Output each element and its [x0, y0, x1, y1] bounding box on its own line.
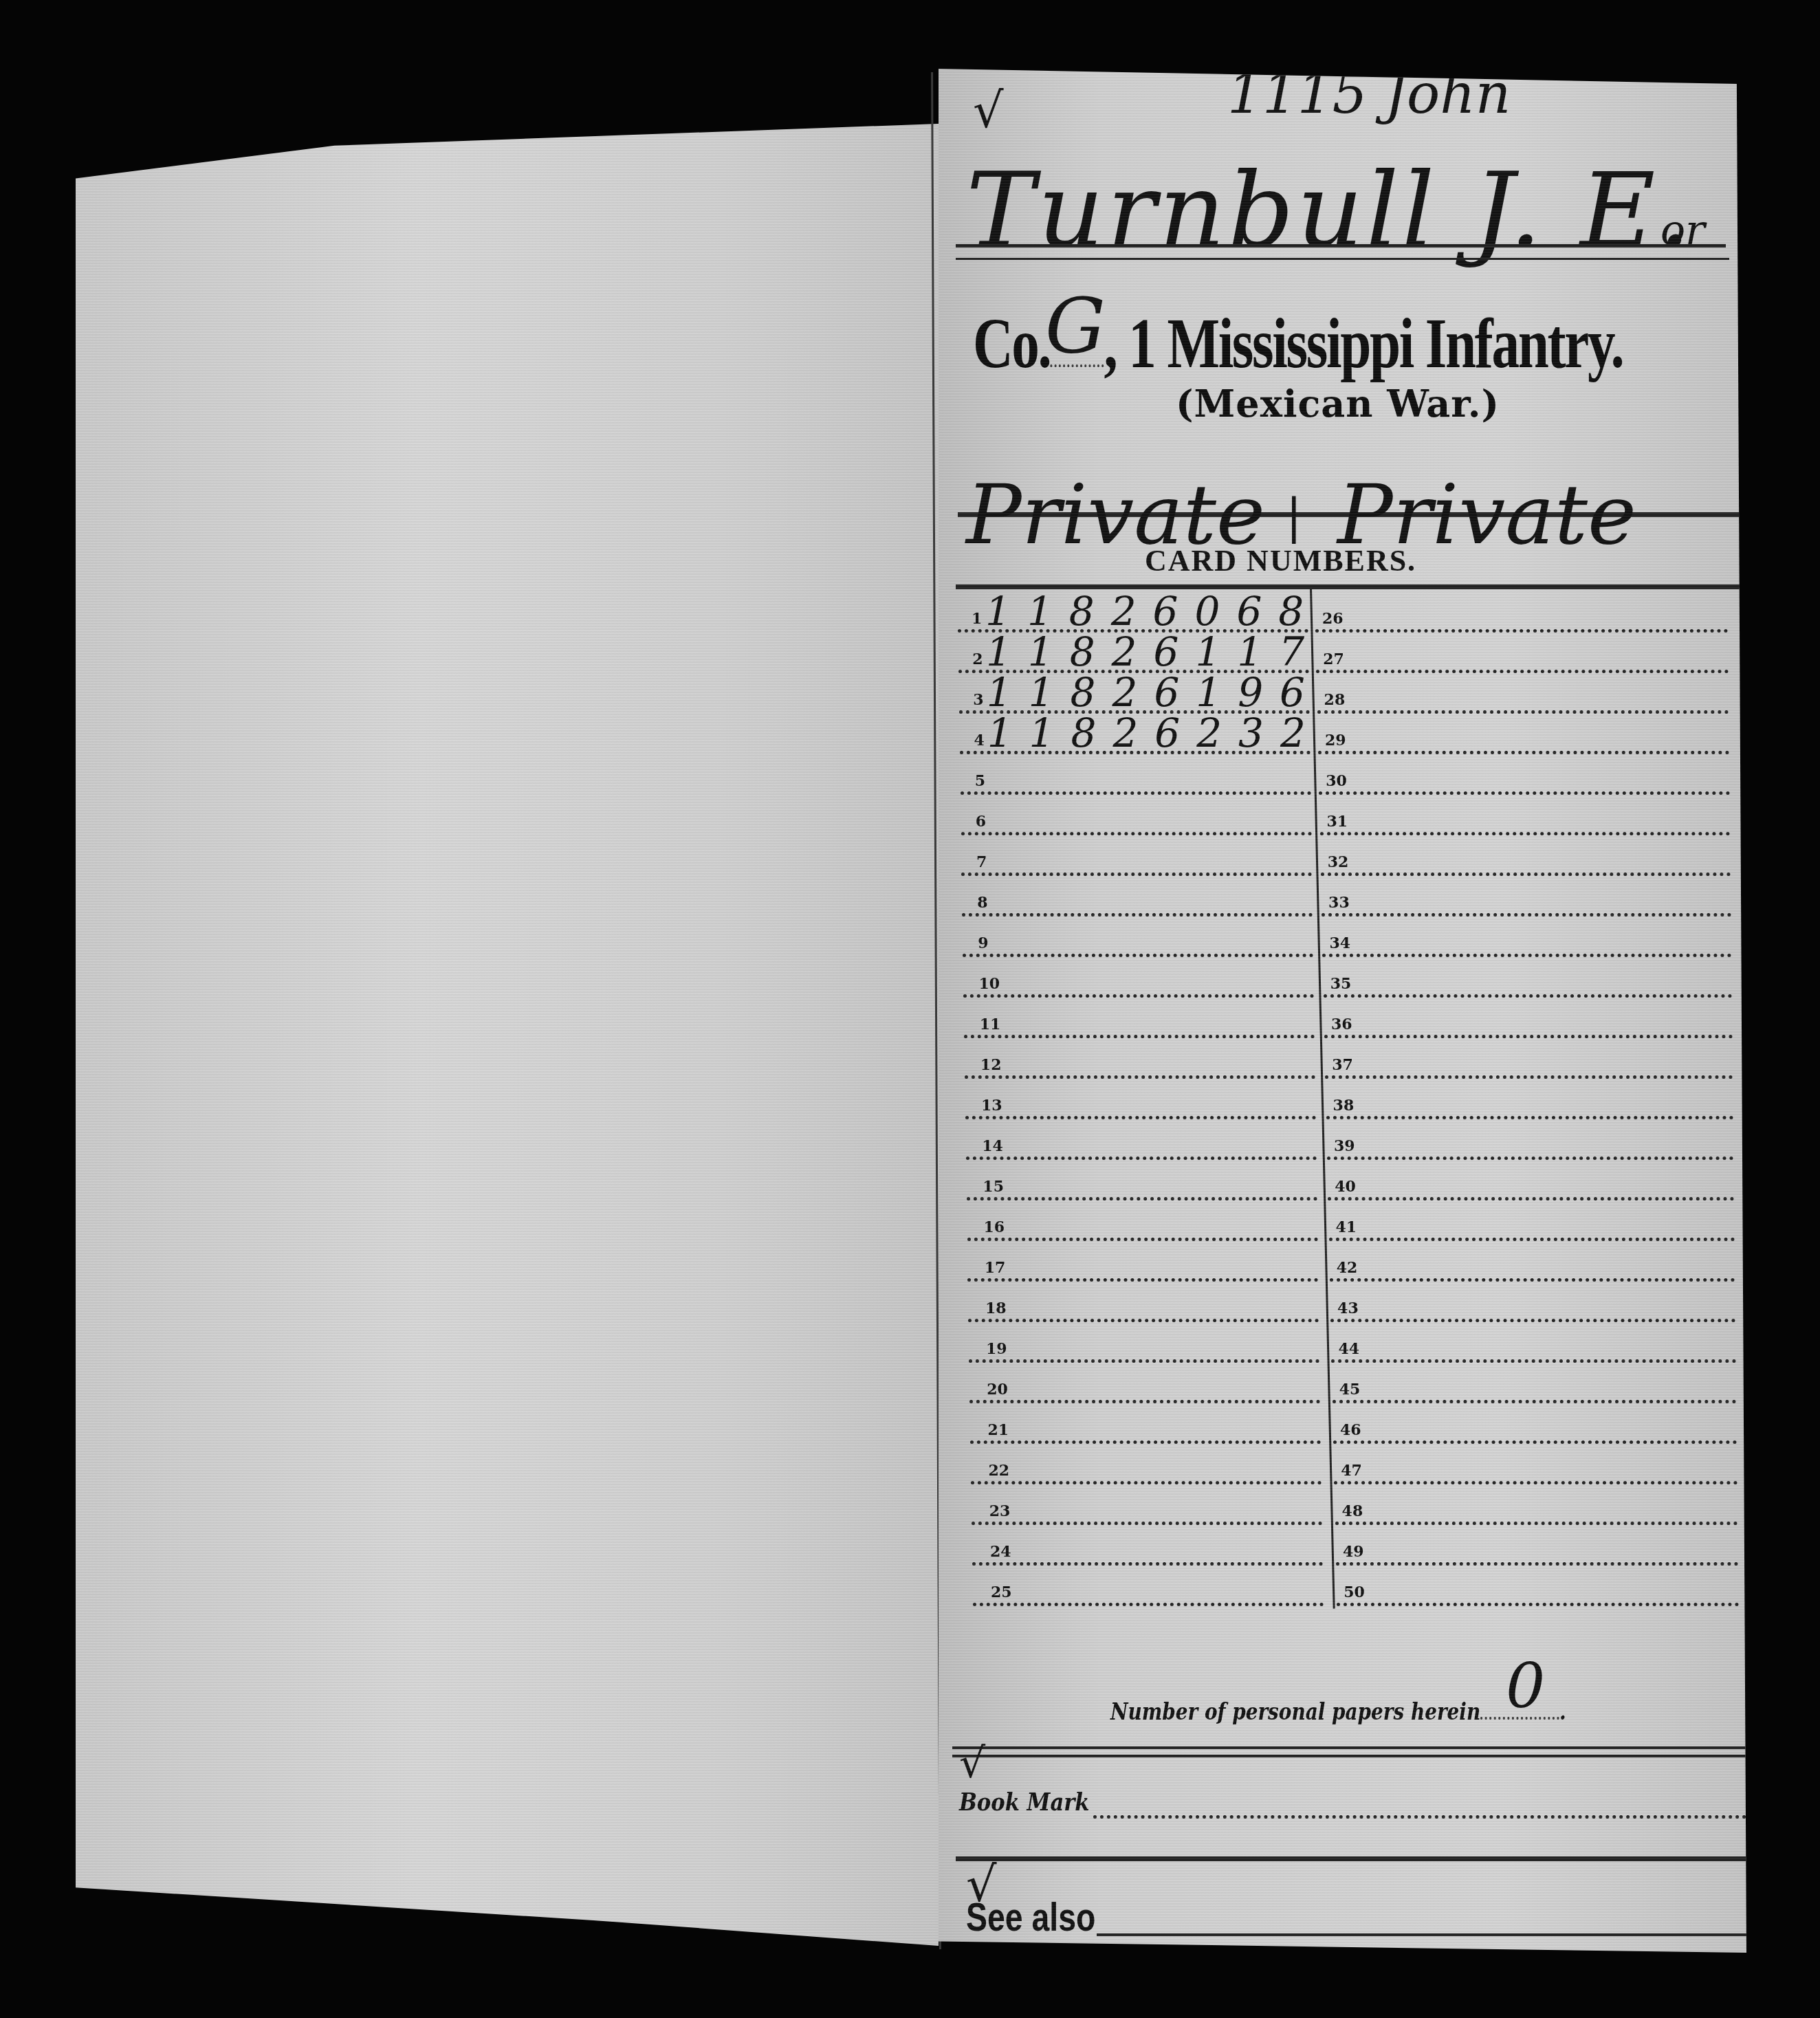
row-number: 10	[979, 975, 1000, 993]
name-underline-2	[956, 258, 1729, 260]
book-mark-field	[1093, 1815, 1746, 1819]
check-mark-icon: √	[973, 83, 1004, 139]
card-number-row: 10	[963, 953, 1314, 998]
bottom-rule	[959, 1977, 1750, 1980]
card-number-row: 14	[966, 1115, 1317, 1160]
card-number-row: 19	[969, 1318, 1319, 1363]
card-number-row: 17	[967, 1237, 1318, 1282]
rank-field: Private | Private	[939, 440, 1746, 529]
jacket-back-cover	[76, 124, 939, 1946]
card-number-row: 20	[969, 1359, 1320, 1403]
card-number-row: 38	[1326, 1075, 1733, 1119]
co-prefix: Co.	[973, 304, 1050, 383]
row-number: 40	[1335, 1178, 1356, 1196]
row-number: 26	[1322, 610, 1344, 628]
row-number: 23	[989, 1502, 1011, 1520]
name-underline	[956, 244, 1726, 248]
row-number: 22	[989, 1462, 1010, 1480]
card-number-row: 21	[970, 1399, 1321, 1444]
row-number: 19	[986, 1340, 1007, 1358]
card-number-row: 12	[965, 1034, 1315, 1079]
row-number: 5	[975, 772, 985, 790]
service-record-jacket: √ 1115 John Turnbull J. E. or Co., 1 Mis…	[939, 69, 1746, 1953]
card-number-row: 37	[1325, 1034, 1733, 1079]
row-number: 46	[1340, 1421, 1361, 1439]
card-number-row: 7	[961, 831, 1312, 876]
row-number: 2	[972, 650, 983, 668]
row-number: 12	[980, 1056, 1002, 1074]
row-number: 33	[1328, 894, 1350, 912]
see-also-label: See also	[966, 1894, 1095, 1940]
card-number-row: 411826232	[960, 710, 1311, 754]
card-number-row: 27	[1316, 628, 1728, 673]
card-number-row: 311826196	[959, 669, 1310, 714]
row-number: 29	[1325, 732, 1346, 749]
war-label: (Mexican War.)	[1176, 382, 1500, 426]
row-number: 31	[1327, 813, 1348, 831]
card-number-row: 23	[972, 1480, 1322, 1525]
row-number: 24	[990, 1543, 1011, 1561]
card-number-row: 9	[963, 912, 1313, 957]
card-number-row: 25	[973, 1561, 1324, 1606]
card-number-row: 18	[968, 1277, 1319, 1322]
card-number-row: 34	[1322, 912, 1731, 957]
row-number: 8	[977, 894, 987, 912]
card-number-row: 30	[1319, 750, 1729, 795]
card-number-row: 24	[972, 1521, 1323, 1566]
card-number-row: 28	[1317, 669, 1729, 714]
row-number: 44	[1338, 1340, 1359, 1358]
row-number: 16	[984, 1218, 1005, 1236]
row-number: 17	[985, 1259, 1006, 1277]
row-number: 38	[1333, 1097, 1355, 1115]
card-number-row: 13	[965, 1075, 1316, 1119]
card-number-row: 11	[964, 994, 1315, 1038]
row-number: 36	[1331, 1016, 1352, 1033]
card-number-row: 33	[1322, 872, 1731, 917]
card-number-row: 50	[1337, 1561, 1738, 1606]
row-number: 34	[1329, 934, 1350, 952]
card-number-row: 39	[1327, 1115, 1734, 1160]
card-number-row: 26	[1315, 588, 1728, 633]
row-number: 14	[982, 1137, 1003, 1155]
row-number: 18	[985, 1299, 1007, 1317]
card-number-row: 15	[967, 1156, 1317, 1200]
card-number-row: 35	[1324, 953, 1732, 998]
row-number: 28	[1324, 691, 1346, 709]
row-number: 48	[1342, 1502, 1363, 1520]
row-number: 13	[981, 1097, 1002, 1115]
row-number: 37	[1332, 1056, 1353, 1074]
card-number-row: 42	[1330, 1237, 1735, 1282]
row-number: 15	[983, 1178, 1004, 1196]
card-number-row: 44	[1331, 1318, 1735, 1363]
card-number-row: 5	[961, 750, 1311, 795]
card-number-value: 11826232	[987, 710, 1322, 756]
card-number-row: 32	[1321, 831, 1731, 876]
personal-papers-line: Number of personal papers herein.	[1110, 1698, 1566, 1726]
personal-papers-label: Number of personal papers herein	[1110, 1698, 1480, 1726]
see-also-field	[1097, 1933, 1757, 1936]
book-mark-label: Book Mark	[959, 1788, 1090, 1817]
card-number-row: 48	[1335, 1480, 1738, 1525]
row-number: 4	[974, 732, 984, 749]
row-number: 20	[987, 1381, 1008, 1399]
row-number: 11	[980, 1016, 1001, 1033]
card-number-value: 11826117	[986, 628, 1321, 675]
row-number: 3	[973, 691, 983, 709]
card-number-row: 6	[961, 791, 1312, 835]
name-header: √ 1115 John Turnbull J. E. or	[939, 69, 1746, 275]
row-number: 50	[1344, 1583, 1365, 1601]
soldier-name: Turnbull J. E.	[966, 151, 1693, 271]
book-mark-rule	[956, 1856, 1750, 1861]
row-number: 42	[1337, 1259, 1358, 1277]
row-number: 21	[987, 1421, 1009, 1439]
card-number-row: 46	[1333, 1399, 1737, 1444]
company-letter: G	[1045, 282, 1106, 370]
rank-separator: |	[1286, 488, 1302, 545]
card-number-row: 43	[1330, 1277, 1735, 1322]
card-numbers-title: CARD NUMBERS.	[1145, 543, 1416, 578]
card-number-row: 8	[962, 872, 1313, 917]
personal-papers-value: 0	[1506, 1650, 1545, 1722]
card-number-row: 49	[1336, 1521, 1738, 1566]
row-number: 47	[1341, 1462, 1362, 1480]
card-number-row: 41	[1329, 1196, 1735, 1241]
row-number: 30	[1326, 772, 1347, 790]
card-number-row: 16	[967, 1196, 1318, 1241]
card-number-row: 45	[1333, 1359, 1737, 1403]
row-number: 49	[1343, 1543, 1364, 1561]
card-number-row: 29	[1318, 710, 1729, 754]
row-number: 25	[991, 1583, 1012, 1601]
row-number: 45	[1339, 1381, 1361, 1399]
row-number: 9	[978, 934, 988, 952]
regiment-label: , 1 Mississippi Infantry.	[1104, 304, 1623, 383]
card-number-value: 11826196	[987, 669, 1322, 716]
book-mark-check-icon: √	[959, 1740, 985, 1788]
card-number-row: 211826117	[958, 628, 1309, 673]
row-number: 32	[1328, 853, 1349, 871]
top-annotation: 1115 John	[1227, 62, 1511, 126]
row-number: 43	[1337, 1299, 1359, 1317]
card-number-row: 36	[1324, 994, 1733, 1038]
row-number: 7	[976, 853, 987, 871]
card-number-row: 22	[971, 1440, 1322, 1484]
row-number: 39	[1334, 1137, 1355, 1155]
card-number-row: 40	[1328, 1156, 1734, 1200]
papers-rule-2	[952, 1755, 1746, 1757]
card-number-row: 31	[1320, 791, 1731, 835]
card-number-row: 47	[1334, 1440, 1737, 1484]
row-number: 35	[1330, 975, 1352, 993]
card-number-row: 111826068	[958, 588, 1308, 633]
row-number: 1	[972, 610, 982, 628]
card-number-value: 11826068	[985, 588, 1320, 635]
row-number: 6	[976, 813, 986, 831]
papers-rule-1	[952, 1746, 1746, 1749]
row-number: 41	[1336, 1218, 1357, 1236]
row-number: 27	[1323, 650, 1344, 668]
